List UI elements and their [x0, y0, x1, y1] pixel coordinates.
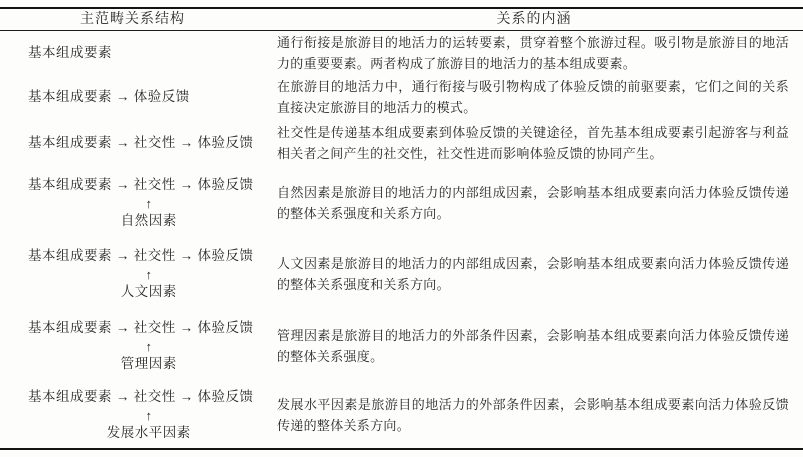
column-header-meaning: 关系的内涵: [265, 9, 803, 30]
relation-meaning: 自然因素是旅游目的地活力的内部组成因素，会影响基本组成要素向活力体验反馈传递的整…: [277, 182, 789, 224]
moderating-factor: 自然因素: [28, 212, 254, 230]
meaning-cell: 在旅游目的地活力中，通行衔接与吸引物构成了体验反馈的前驱要素，它们之间的关系直接…: [265, 75, 803, 118]
table-row: 基本组成要素 → 社交性 → 体验反馈 社交性是传递基本组成要素到体验反馈的关键…: [0, 118, 803, 168]
arrow-up-icon: ↑: [28, 197, 254, 210]
arrow-up-icon: ↑: [28, 340, 254, 353]
relation-structure-block: 基本组成要素 → 体验反馈: [28, 88, 190, 106]
structure-cell: 基本组成要素 → 社交性 → 体验反馈 ↑ 管理因素: [0, 310, 265, 382]
moderating-factor: 人文因素: [28, 283, 254, 301]
relation-structure: 基本组成要素 → 社交性 → 体验反馈: [28, 247, 254, 265]
relation-meaning: 在旅游目的地活力中，通行衔接与吸引物构成了体验反馈的前驱要素，它们之间的关系直接…: [277, 76, 789, 118]
structure-cell: 基本组成要素 → 社交性 → 体验反馈 ↑ 发展水平因素: [0, 382, 265, 448]
relation-structure: 基本组成要素 → 社交性 → 体验反馈: [28, 134, 254, 152]
meaning-cell: 社交性是传递基本组成要素到体验反馈的关键途径，首先基本组成要素引起游客与利益相关…: [265, 118, 803, 168]
structure-cell: 基本组成要素 → 体验反馈: [0, 75, 265, 118]
relation-structure: 基本组成要素 → 社交性 → 体验反馈: [28, 388, 254, 406]
relation-structure-block: 基本组成要素 → 社交性 → 体验反馈 ↑ 人文因素: [28, 247, 254, 301]
relations-table: 主范畴关系结构 关系的内涵 基本组成要素 通行衔接是旅游目的地活力的运转要素，贯…: [0, 7, 803, 450]
relation-structure: 基本组成要素 → 体验反馈: [28, 88, 190, 106]
meaning-cell: 发展水平因素是旅游目的地活力的外部条件因素，会影响基本组成要素向活力体验反馈传递…: [265, 382, 803, 448]
table-header-row: 主范畴关系结构 关系的内涵: [0, 9, 803, 31]
table-row: 基本组成要素 → 社交性 → 体验反馈 ↑ 发展水平因素 发展水平因素是旅游目的…: [0, 382, 803, 448]
relation-structure: 基本组成要素: [28, 44, 112, 62]
relation-structure-block: 基本组成要素 → 社交性 → 体验反馈 ↑ 发展水平因素: [28, 388, 254, 442]
relation-meaning: 发展水平因素是旅游目的地活力的外部条件因素，会影响基本组成要素向活力体验反馈传递…: [277, 394, 789, 436]
table-row: 基本组成要素 通行衔接是旅游目的地活力的运转要素，贯穿着整个旅游过程。吸引物是旅…: [0, 31, 803, 75]
arrow-up-icon: ↑: [28, 268, 254, 281]
relation-structure-block: 基本组成要素 → 社交性 → 体验反馈 ↑ 自然因素: [28, 176, 254, 230]
relation-structure-block: 基本组成要素 → 社交性 → 体验反馈: [28, 134, 254, 152]
moderating-factor: 管理因素: [28, 355, 254, 373]
relation-structure-block: 基本组成要素 → 社交性 → 体验反馈 ↑ 管理因素: [28, 319, 254, 373]
table-row: 基本组成要素 → 社交性 → 体验反馈 ↑ 人文因素 人文因素是旅游目的地活力的…: [0, 238, 803, 310]
table-row: 基本组成要素 → 社交性 → 体验反馈 ↑ 自然因素 自然因素是旅游目的地活力的…: [0, 168, 803, 238]
relation-structure: 基本组成要素 → 社交性 → 体验反馈: [28, 319, 254, 337]
relation-meaning: 管理因素是旅游目的地活力的外部条件因素，会影响基本组成要素向活力体验反馈传递的整…: [277, 325, 789, 367]
moderating-factor: 发展水平因素: [28, 424, 254, 442]
structure-cell: 基本组成要素 → 社交性 → 体验反馈: [0, 118, 265, 168]
arrow-up-icon: ↑: [28, 409, 254, 422]
meaning-cell: 管理因素是旅游目的地活力的外部条件因素，会影响基本组成要素向活力体验反馈传递的整…: [265, 310, 803, 382]
relation-structure: 基本组成要素 → 社交性 → 体验反馈: [28, 176, 254, 194]
relation-meaning: 人文因素是旅游目的地活力的内部组成因素，会影响基本组成要素向活力体验反馈传递的整…: [277, 253, 789, 295]
relation-meaning: 社交性是传递基本组成要素到体验反馈的关键途径，首先基本组成要素引起游客与利益相关…: [277, 122, 789, 164]
table-row: 基本组成要素 → 体验反馈 在旅游目的地活力中，通行衔接与吸引物构成了体验反馈的…: [0, 75, 803, 118]
table-row: 基本组成要素 → 社交性 → 体验反馈 ↑ 管理因素 管理因素是旅游目的地活力的…: [0, 310, 803, 382]
relation-meaning: 通行衔接是旅游目的地活力的运转要素，贯穿着整个旅游过程。吸引物是旅游目的地活力的…: [277, 32, 789, 74]
paper-table-figure: 主范畴关系结构 关系的内涵 基本组成要素 通行衔接是旅游目的地活力的运转要素，贯…: [0, 0, 803, 457]
column-header-structure: 主范畴关系结构: [0, 9, 265, 30]
relation-structure-block: 基本组成要素: [28, 44, 112, 62]
meaning-cell: 通行衔接是旅游目的地活力的运转要素，贯穿着整个旅游过程。吸引物是旅游目的地活力的…: [265, 31, 803, 75]
structure-cell: 基本组成要素 → 社交性 → 体验反馈 ↑ 人文因素: [0, 238, 265, 310]
structure-cell: 基本组成要素: [0, 31, 265, 75]
meaning-cell: 人文因素是旅游目的地活力的内部组成因素，会影响基本组成要素向活力体验反馈传递的整…: [265, 238, 803, 310]
structure-cell: 基本组成要素 → 社交性 → 体验反馈 ↑ 自然因素: [0, 168, 265, 238]
meaning-cell: 自然因素是旅游目的地活力的内部组成因素，会影响基本组成要素向活力体验反馈传递的整…: [265, 168, 803, 238]
